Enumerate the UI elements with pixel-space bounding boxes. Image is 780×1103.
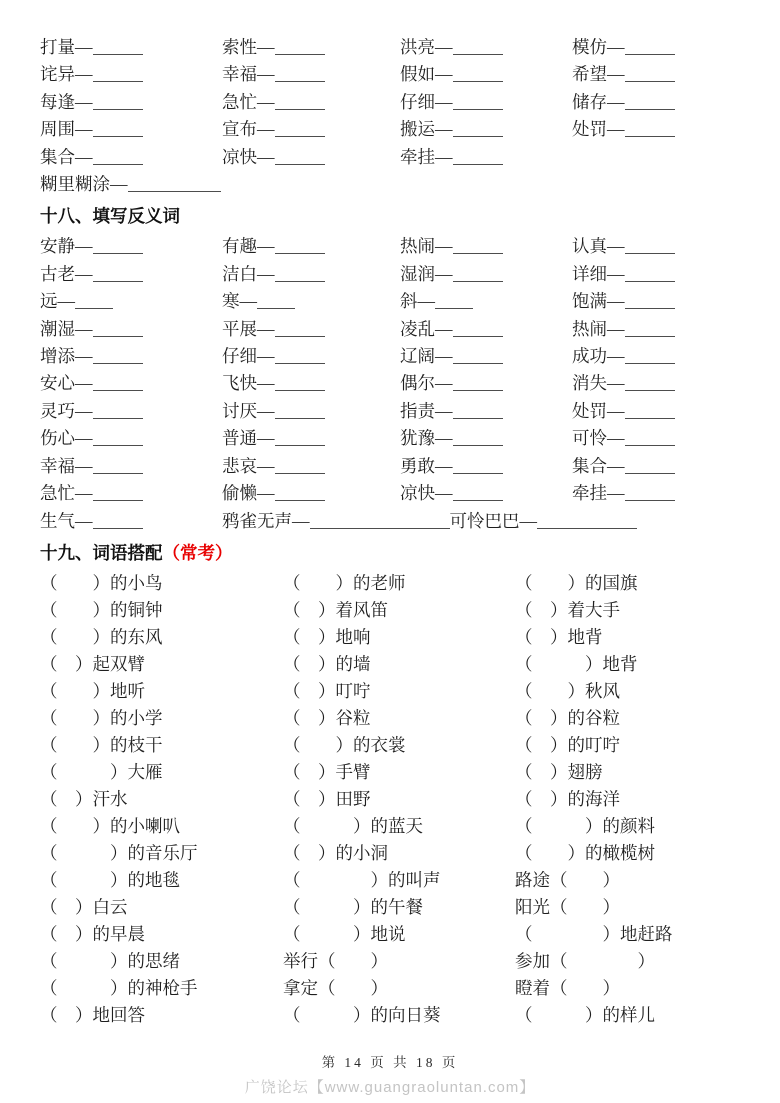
antonym-blank-item: 热闹— [572,316,740,343]
word-label: 增添— [40,346,93,366]
antonym-blank-item: 幸福— [40,453,222,480]
worksheet-row: 古老—洁白—湿润—详细— [40,261,740,288]
blank-line [275,68,325,82]
word-blank-item: 储存— [572,89,740,116]
collocation-item: 阳光（ ） [515,894,740,921]
page-number: 第 14 页 共 18 页 [0,1051,780,1071]
word-label: 洪亮— [400,37,453,57]
collocation-item: （ ）叮咛 [283,678,515,705]
word-label: 搬运— [400,119,453,139]
collocation-item: （ ）手臂 [283,759,515,786]
antonym-blank-item: 指责— [400,398,572,425]
worksheet-row: （ ）的地毯（ ）的叫声路途（ ） [40,867,740,894]
blank-line [275,377,325,391]
worksheet-row: （ ）汗水（ ）田野（ ）的海洋 [40,786,740,813]
collocation-item: （ ）地赶路 [515,921,740,948]
word-label: 悲哀— [222,456,275,476]
blank-line [257,295,295,309]
blank-line [453,123,503,137]
antonym-blank-item: 牵挂— [572,480,740,507]
worksheet-row: （ ）的小喇叭（ ）的蓝天（ ）的颜料 [40,813,740,840]
word-label: 凉快— [400,483,453,503]
worksheet-row: 诧异—幸福—假如—希望— [40,61,740,88]
blank-line [275,96,325,110]
collocation-item: （ ）的枝干 [40,732,283,759]
antonym-blank-item: 有趣— [222,233,400,260]
word-label: 远— [40,291,75,311]
word-label: 希望— [572,64,625,84]
word-blank-item: 宣布— [222,116,400,143]
blank-line [625,240,675,254]
antonym-blank-item: 安静— [40,233,222,260]
collocation-item: （ ）的叫声 [283,867,515,894]
collocation-item: （ ）秋风 [515,678,740,705]
antonym-blank-item: 凉快— [400,480,572,507]
worksheet-row: 急忙—偷懒—凉快—牵挂— [40,480,740,507]
section-19-title: 十九、词语搭配（常考） [40,541,740,565]
collocation-item: 路途（ ） [515,867,740,894]
word-label: 幸福— [40,456,93,476]
antonym-blank-item: 斜— [400,288,572,315]
word-blank-item: 幸福— [222,61,400,88]
collocation-item: 拿定（ ） [283,975,515,1002]
antonym-blank-item: 寒— [222,288,400,315]
word-label: 热闹— [400,236,453,256]
blank-line [93,41,143,55]
word-label: 每逢— [40,92,93,112]
blank-line [275,123,325,137]
collocation-item: （ ）的思绪 [40,948,283,975]
blank-line [275,151,325,165]
word-blank-item: 模仿— [572,34,740,61]
blank-line [75,295,113,309]
collocation-item: 瞪着（ ） [515,975,740,1002]
section-19-exam-note: （常考） [163,543,233,563]
blank-line [453,405,503,419]
word-label: 可怜巴巴— [450,511,538,531]
worksheet-row: 每逢—急忙—仔细—储存— [40,89,740,116]
word-label: 诧异— [40,64,93,84]
blank-line [625,123,675,137]
collocation-item: （ ）的海洋 [515,786,740,813]
word-label: 古老— [40,264,93,284]
word-label: 灵巧— [40,401,93,421]
word-label: 飞快— [222,373,275,393]
worksheet-content: 打量—索性—洪亮—模仿—诧异—幸福—假如—希望—每逢—急忙—仔细—储存—周围—宣… [0,0,780,1029]
word-label: 宣布— [222,119,275,139]
collocation-item: （ ）的颜料 [515,813,740,840]
collocation-item: （ ）着大手 [515,597,740,624]
blank-line [453,96,503,110]
blank-line [93,151,143,165]
antonym-blank-item: 增添— [40,343,222,370]
word-label: 索性— [222,37,275,57]
antonym-blank-item: 可怜— [572,425,740,452]
blank-line [453,460,503,474]
collocation-item: （ ）大雁 [40,759,283,786]
worksheet-row: 安静—有趣—热闹—认真— [40,233,740,260]
collocation-item: （ ）的蓝天 [283,813,515,840]
word-blank-item: 处罚— [572,116,740,143]
watermark: 广饶论坛【www.guangraoluntan.com】 [0,1076,780,1097]
word-label: 假如— [400,64,453,84]
word-label: 热闹— [572,319,625,339]
collocation-item: （ ）的谷粒 [515,705,740,732]
collocation-item: （ ）的铜钟 [40,597,283,624]
worksheet-row: （ ）地回答（ ）的向日葵（ ）的样儿 [40,1002,740,1029]
word-label: 指责— [400,401,453,421]
collocation-item: （ ）的音乐厅 [40,840,283,867]
word-blank-item: 每逢— [40,89,222,116]
blank-line [275,487,325,501]
worksheet-row: 周围—宣布—搬运—处罚— [40,116,740,143]
collocation-item: （ ）地听 [40,678,283,705]
antonym-blank-item: 详细— [572,261,740,288]
section-word-pairs: 打量—索性—洪亮—模仿—诧异—幸福—假如—希望—每逢—急忙—仔细—储存—周围—宣… [40,34,740,198]
word-label: 牵挂— [400,147,453,167]
antonym-blank-item: 安心— [40,370,222,397]
collocation-item: 参加（ ） [515,948,740,975]
blank-line [275,460,325,474]
antonym-blank-item: 饱满— [572,288,740,315]
word-label: 详细— [572,264,625,284]
antonym-blank-item: 飞快— [222,370,400,397]
blank-line [435,295,473,309]
word-label: 偷懒— [222,483,275,503]
collocation-item: 举行（ ） [283,948,515,975]
word-label: 周围— [40,119,93,139]
blank-line [625,68,675,82]
collocation-item: （ ）的国旗 [515,570,740,597]
worksheet-row: 幸福—悲哀—勇敢—集合— [40,453,740,480]
collocation-item: （ ）着风笛 [283,597,515,624]
worksheet-row: （ ）白云（ ）的午餐阳光（ ） [40,894,740,921]
word-label: 辽阔— [400,346,453,366]
word-blank-item: 洪亮— [400,34,572,61]
worksheet-row: （ ）的思绪举行（ ）参加（ ） [40,948,740,975]
blank-line [453,377,503,391]
worksheet-row: 糊里糊涂— [40,171,740,198]
word-label: 集合— [40,147,93,167]
blank-line [453,240,503,254]
antonym-blank-item: 集合— [572,453,740,480]
collocation-item: （ ）的衣裳 [283,732,515,759]
section-collocations: （ ）的小鸟（ ）的老师（ ）的国旗（ ）的铜钟（ ）着风笛（ ）着大手（ ）的… [40,570,740,1029]
blank-line [453,487,503,501]
word-label: 湿润— [400,264,453,284]
blank-line [93,96,143,110]
word-label: 仔细— [400,92,453,112]
blank-line [275,41,325,55]
worksheet-row: （ ）的早晨（ ）地说（ ）地赶路 [40,921,740,948]
collocation-item: （ ）的午餐 [283,894,515,921]
antonym-blank-item: 消失— [572,370,740,397]
collocation-item: （ ）的向日葵 [283,1002,515,1029]
blank-line [625,350,675,364]
antonym-blank-item: 讨厌— [222,398,400,425]
collocation-item: （ ）翅膀 [515,759,740,786]
worksheet-row: （ ）大雁（ ）手臂（ ）翅膀 [40,759,740,786]
word-label: 讨厌— [222,401,275,421]
word-label: 寒— [222,291,257,311]
collocation-item: （ ）地背 [515,651,740,678]
worksheet-row: （ ）的神枪手拿定（ ）瞪着（ ） [40,975,740,1002]
blank-line [625,377,675,391]
word-label: 凌乱— [400,319,453,339]
antonym-blank-item: 凌乱— [400,316,572,343]
antonym-blank-item: 急忙— [40,480,222,507]
blank-line [453,268,503,282]
blank-line [275,268,325,282]
blank-line [93,68,143,82]
word-label: 勇敢— [400,456,453,476]
collocation-item: （ ）的小喇叭 [40,813,283,840]
blank-line [93,350,143,364]
blank-line [275,323,325,337]
collocation-item: （ ）的地毯 [40,867,283,894]
word-label: 成功— [572,346,625,366]
blank-line [537,515,637,529]
word-blank-item: 糊里糊涂— [40,171,222,198]
word-label: 处罚— [572,119,625,139]
blank-line [625,295,675,309]
worksheet-row: （ ）的东风（ ）地响（ ）地背 [40,624,740,651]
antonym-blank-item: 热闹— [400,233,572,260]
word-label: 凉快— [222,147,275,167]
word-label: 犹豫— [400,428,453,448]
antonym-blank-item: 生气— [40,508,222,535]
word-label: 安静— [40,236,93,256]
blank-line [625,41,675,55]
blank-line [93,377,143,391]
worksheet-row: 打量—索性—洪亮—模仿— [40,34,740,61]
worksheet-row: （ ）起双臂（ ）的墙（ ）地背 [40,651,740,678]
antonym-blank-item: 偷懒— [222,480,400,507]
collocation-item: （ ）汗水 [40,786,283,813]
section-18-title: 十八、填写反义词 [40,204,740,228]
worksheet-row: （ ）的枝干（ ）的衣裳（ ）的叮咛 [40,732,740,759]
blank-line [275,240,325,254]
antonym-blank-item: 仔细— [222,343,400,370]
blank-line [93,323,143,337]
word-blank-item: 打量— [40,34,222,61]
collocation-item: （ ）的小学 [40,705,283,732]
word-blank-item: 假如— [400,61,572,88]
blank-line [93,123,143,137]
worksheet-row: （ ）的铜钟（ ）着风笛（ ）着大手 [40,597,740,624]
word-label: 可怜— [572,428,625,448]
blank-line [625,487,675,501]
word-label: 模仿— [572,37,625,57]
word-label: 偶尔— [400,373,453,393]
blank-line [93,240,143,254]
collocation-item: （ ）的样儿 [515,1002,740,1029]
collocation-item: （ ）地回答 [40,1002,283,1029]
word-blank-item: 急忙— [222,89,400,116]
section-19-title-text: 十九、词语搭配 [40,543,163,563]
collocation-item: （ ）的橄榄树 [515,840,740,867]
antonym-blank-item: 成功— [572,343,740,370]
section-18-title-text: 十八、填写反义词 [40,206,180,226]
word-label: 平展— [222,319,275,339]
worksheet-row: 生气—鸦雀无声—可怜巴巴— [40,508,740,535]
word-label: 饱满— [572,291,625,311]
blank-line [93,405,143,419]
word-label: 斜— [400,291,435,311]
word-label: 急忙— [222,92,275,112]
word-blank-item: 牵挂— [400,144,572,171]
collocation-item: （ ）的叮咛 [515,732,740,759]
collocation-item: （ ）地响 [283,624,515,651]
word-label: 安心— [40,373,93,393]
antonym-blank-item: 鸦雀无声— [222,508,450,535]
antonym-blank-item: 可怜巴巴— [450,508,638,535]
worksheet-page: 打量—索性—洪亮—模仿—诧异—幸福—假如—希望—每逢—急忙—仔细—储存—周围—宣… [0,0,780,1103]
blank-line [93,515,143,529]
antonym-blank-item: 辽阔— [400,343,572,370]
collocation-item: （ ）谷粒 [283,705,515,732]
blank-line [453,432,503,446]
blank-line [128,178,221,192]
worksheet-row: 增添—仔细—辽阔—成功— [40,343,740,370]
worksheet-row: 安心—飞快—偶尔—消失— [40,370,740,397]
blank-line [453,350,503,364]
worksheet-row: 潮湿—平展—凌乱—热闹— [40,316,740,343]
word-blank-item: 诧异— [40,61,222,88]
word-blank-item: 索性— [222,34,400,61]
antonym-blank-item: 伤心— [40,425,222,452]
word-label: 急忙— [40,483,93,503]
word-label: 幸福— [222,64,275,84]
blank-line [275,432,325,446]
word-label: 鸦雀无声— [222,511,310,531]
antonym-blank-item: 洁白— [222,261,400,288]
word-blank-item: 搬运— [400,116,572,143]
collocation-item: （ ）田野 [283,786,515,813]
word-blank-item: 仔细— [400,89,572,116]
blank-line [93,268,143,282]
word-blank-item: 希望— [572,61,740,88]
antonym-blank-item: 古老— [40,261,222,288]
antonym-blank-item: 普通— [222,425,400,452]
word-blank-item: 周围— [40,116,222,143]
worksheet-row: 集合—凉快—牵挂— [40,144,740,171]
antonym-blank-item: 平展— [222,316,400,343]
word-label: 糊里糊涂— [40,174,128,194]
word-label: 有趣— [222,236,275,256]
word-label: 普通— [222,428,275,448]
blank-line [453,151,503,165]
antonym-blank-item: 远— [40,288,222,315]
antonym-blank-item: 悲哀— [222,453,400,480]
blank-line [625,268,675,282]
word-label: 生气— [40,511,93,531]
worksheet-row: （ ）地听（ ）叮咛（ ）秋风 [40,678,740,705]
blank-line [453,323,503,337]
antonym-blank-item: 处罚— [572,398,740,425]
collocation-item: （ ）起双臂 [40,651,283,678]
blank-line [275,405,325,419]
collocation-item: （ ）的小洞 [283,840,515,867]
antonym-blank-item: 灵巧— [40,398,222,425]
word-label: 牵挂— [572,483,625,503]
antonym-blank-item: 犹豫— [400,425,572,452]
collocation-item: （ ）的老师 [283,570,515,597]
collocation-item: （ ）白云 [40,894,283,921]
collocation-item: （ ）的墙 [283,651,515,678]
collocation-item: （ ）的早晨 [40,921,283,948]
blank-line [93,487,143,501]
blank-line [93,460,143,474]
word-label: 潮湿— [40,319,93,339]
collocation-item: （ ）的神枪手 [40,975,283,1002]
word-label: 伤心— [40,428,93,448]
page-footer: 第 14 页 共 18 页 广饶论坛【www.guangraoluntan.co… [0,1051,780,1097]
blank-line [625,432,675,446]
word-label: 洁白— [222,264,275,284]
antonym-blank-item: 偶尔— [400,370,572,397]
blank-line [453,41,503,55]
worksheet-row: （ ）的小学（ ）谷粒（ ）的谷粒 [40,705,740,732]
blank-line [625,460,675,474]
antonym-blank-item: 潮湿— [40,316,222,343]
worksheet-row: 远—寒—斜—饱满— [40,288,740,315]
collocation-item: （ ）地说 [283,921,515,948]
blank-line [453,68,503,82]
word-label: 集合— [572,456,625,476]
worksheet-row: 伤心—普通—犹豫—可怜— [40,425,740,452]
antonym-blank-item: 湿润— [400,261,572,288]
collocation-item: （ ）的小鸟 [40,570,283,597]
section-antonyms: 安静—有趣—热闹—认真—古老—洁白—湿润—详细—远—寒—斜—饱满—潮湿—平展—凌… [40,233,740,534]
blank-line [310,515,450,529]
word-label: 储存— [572,92,625,112]
word-blank-item: 凉快— [222,144,400,171]
collocation-item: （ ）的东风 [40,624,283,651]
blank-line [625,323,675,337]
word-label: 认真— [572,236,625,256]
word-label: 消失— [572,373,625,393]
blank-line [625,96,675,110]
antonym-blank-item: 勇敢— [400,453,572,480]
word-label: 仔细— [222,346,275,366]
worksheet-row: 灵巧—讨厌—指责—处罚— [40,398,740,425]
worksheet-row: （ ）的小鸟（ ）的老师（ ）的国旗 [40,570,740,597]
blank-line [275,350,325,364]
word-blank-item: 集合— [40,144,222,171]
blank-line [625,405,675,419]
worksheet-row: （ ）的音乐厅（ ）的小洞（ ）的橄榄树 [40,840,740,867]
collocation-item: （ ）地背 [515,624,740,651]
word-label: 处罚— [572,401,625,421]
antonym-blank-item: 认真— [572,233,740,260]
word-label: 打量— [40,37,93,57]
blank-line [93,432,143,446]
